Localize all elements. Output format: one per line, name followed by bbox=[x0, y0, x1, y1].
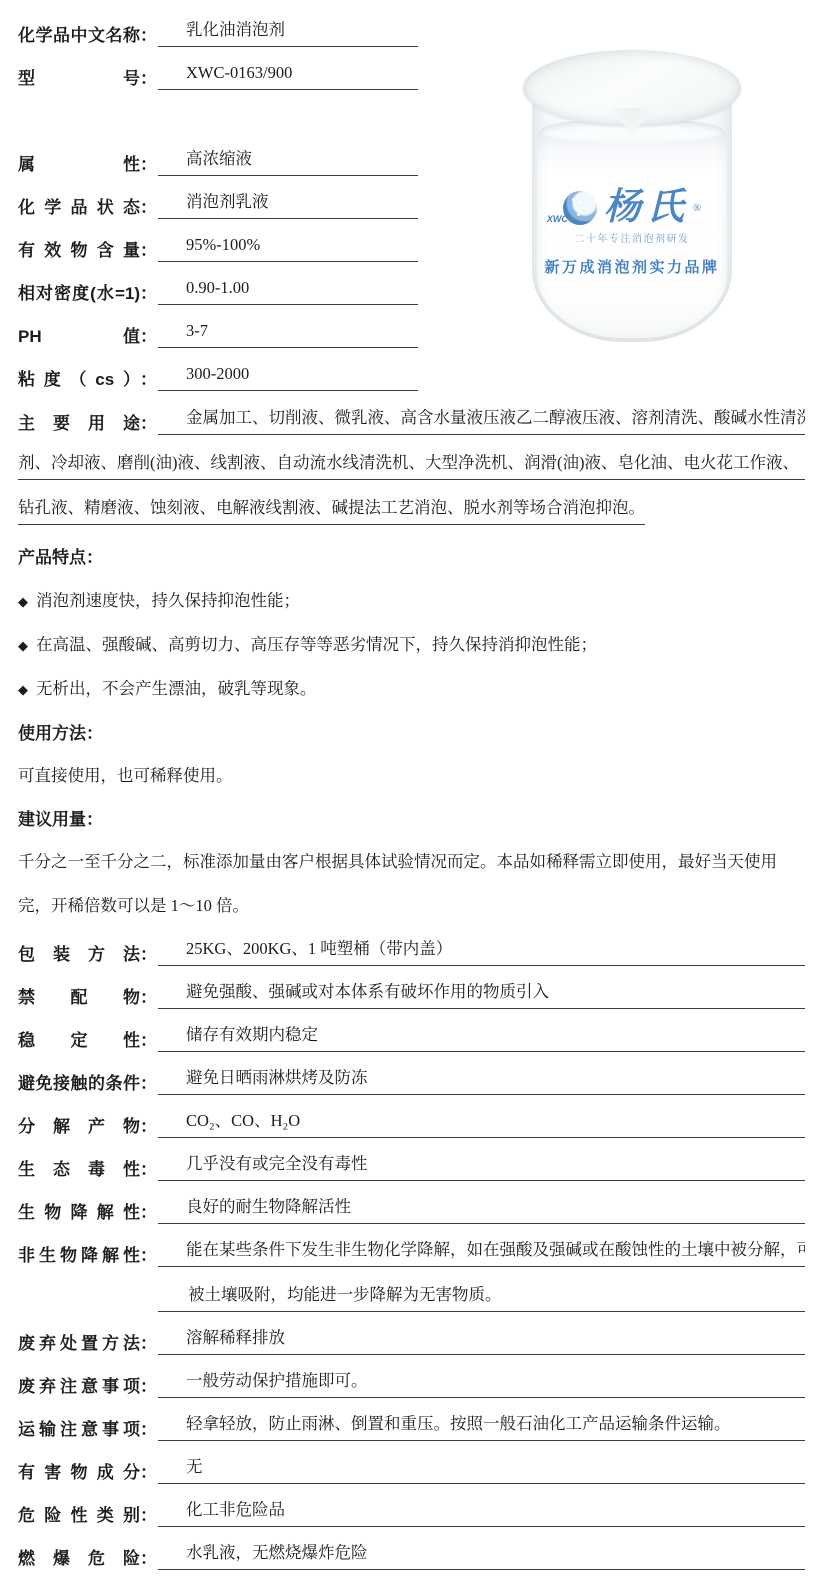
main-use-line-2: 剂、冷却液、磨削(油)液、线割液、自动流水线清洗机、大型净洗机、润滑(油)液、皂… bbox=[18, 452, 805, 480]
field-row: 分解产物 ： CO₂、CO、H₂O bbox=[18, 1110, 805, 1138]
field-colon: ： bbox=[140, 197, 158, 219]
section-heading-features: 产品特点： bbox=[18, 547, 805, 569]
brand-block: XWC 杨氏 ® 二十年专注消泡剂研发 新万成消泡剂实力品牌 bbox=[532, 188, 732, 277]
field-row: 废弃注意事项 ： 一般劳动保护措施即可。 bbox=[18, 1370, 805, 1398]
field-value: 几乎没有或完全没有毒性 bbox=[158, 1153, 805, 1181]
diamond-bullet-icon: ◆ bbox=[18, 635, 28, 657]
usage-text: 可直接使用，也可稀释使用。 bbox=[18, 765, 805, 787]
field-label: 粘度（cs） bbox=[18, 369, 140, 391]
field-label: 生态毒性 bbox=[18, 1159, 140, 1181]
field-colon: ： bbox=[140, 944, 158, 966]
field-label: 相对密度(水=1) bbox=[18, 283, 140, 305]
non-bio-line-2: 被土壤吸附，均能进一步降解为无害物质。 bbox=[158, 1284, 805, 1312]
field-colon: ： bbox=[140, 283, 158, 305]
field-label: 化学品状态 bbox=[18, 197, 140, 219]
field-colon: ： bbox=[140, 1419, 158, 1441]
field-value: 一般劳动保护措施即可。 bbox=[158, 1370, 805, 1398]
section-heading-usage: 使用方法： bbox=[18, 723, 805, 745]
dosage-text: 千分之一至千分之二，标准添加量由客户根据具体试验情况而定。本品如稀释需立即使用，… bbox=[18, 840, 805, 928]
field-colon: ： bbox=[140, 1333, 158, 1355]
field-value: 溶解稀释排放 bbox=[158, 1327, 805, 1355]
field-colon: ： bbox=[140, 240, 158, 262]
field-value: 化工非危险品 bbox=[158, 1499, 805, 1527]
field-value: CO₂、CO、H₂O bbox=[158, 1110, 805, 1138]
field-value: 避免强酸、强碱或对本体系有破坏作用的物质引入 bbox=[158, 981, 805, 1009]
registered-trademark-icon: ® bbox=[693, 199, 701, 217]
field-value: 储存有效期内稳定 bbox=[158, 1024, 805, 1052]
field-label: 生物降解性 bbox=[18, 1202, 140, 1224]
field-row: 废弃处置方法 ： 溶解稀释排放 bbox=[18, 1327, 805, 1355]
field-value: XWC-0163/900 bbox=[158, 62, 418, 90]
field-row: 有害物成分 ： 无 bbox=[18, 1456, 805, 1484]
field-colon: ： bbox=[140, 1505, 158, 1527]
xwc-logo-text: XWC bbox=[547, 214, 568, 224]
field-row: 粘度（cs） ： 300-2000 bbox=[18, 363, 805, 391]
feature-item: ◆ 无析出，不会产生漂油，破乳等现象。 bbox=[18, 678, 805, 701]
moon-logo-icon: XWC bbox=[563, 191, 597, 225]
field-colon: ： bbox=[140, 1073, 158, 1095]
brand-tagline: 二十年专注消泡剂研发 bbox=[532, 230, 732, 245]
field-value: 消泡剂乳液 bbox=[158, 191, 418, 219]
non-bio-line-1: 能在某些条件下发生非生物化学降解，如在强酸及强碱或在酸蚀性的土壤中被分解，可 bbox=[158, 1239, 805, 1267]
field-label: 避免接触的条件 bbox=[18, 1073, 140, 1095]
field-value: 乳化油消泡剂 bbox=[158, 19, 418, 47]
diamond-bullet-icon: ◆ bbox=[18, 679, 28, 701]
field-colon: ： bbox=[140, 1245, 158, 1267]
field-label: 化学品中文名称 bbox=[18, 25, 140, 47]
main-use-line-3: 钻孔液、精磨液、蚀刻液、电解液线割液、碱提法工艺消泡、脱水剂等场合消泡抑泡。 bbox=[18, 497, 645, 525]
field-label: 危险性类别 bbox=[18, 1505, 140, 1527]
field-row-non-bio: 非生物降解性 ： 能在某些条件下发生非生物化学降解，如在强酸及强碱或在酸蚀性的土… bbox=[18, 1239, 805, 1267]
field-row: 稳定性 ： 储存有效期内稳定 bbox=[18, 1024, 805, 1052]
field-colon: ： bbox=[140, 1376, 158, 1398]
section-heading-dosage: 建议用量： bbox=[18, 809, 805, 831]
product-datasheet: 化学品中文名称 ： 乳化油消泡剂 型号 ： XWC-0163/900 属性 ： … bbox=[0, 0, 830, 1588]
field-colon: ： bbox=[140, 1462, 158, 1484]
field-row: 包装方法 ： 25KG、200KG、1 吨塑桶（带内盖） bbox=[18, 938, 805, 966]
field-value: 避免日晒雨淋烘烤及防冻 bbox=[158, 1067, 805, 1095]
field-label: 有效物含量 bbox=[18, 240, 140, 262]
field-label: 属性 bbox=[18, 154, 140, 176]
feature-text: 在高温、强酸碱、高剪切力、高压存等等恶劣情况下，持久保持消抑泡性能； bbox=[36, 634, 597, 656]
field-row-main-use: 主要用途 ： 金属加工、切削液、微乳液、高含水量液压液乙二醇液压液、溶剂清洗、酸… bbox=[18, 407, 805, 435]
field-label: 包装方法 bbox=[18, 944, 140, 966]
field-colon: ： bbox=[140, 369, 158, 391]
field-label: 型号 bbox=[18, 68, 140, 90]
field-label: 废弃注意事项 bbox=[18, 1376, 140, 1398]
field-row: 运输注意事项 ： 轻拿轻放，防止雨淋、倒置和重压。按照一般石油化工产品运输条件运… bbox=[18, 1413, 805, 1441]
feature-text: 消泡剂速度快，持久保持抑泡性能； bbox=[36, 590, 300, 612]
field-colon: ： bbox=[140, 154, 158, 176]
field-value: 25KG、200KG、1 吨塑桶（带内盖） bbox=[158, 938, 805, 966]
brand-slogan: 新万成消泡剂实力品牌 bbox=[532, 256, 732, 277]
field-colon: ： bbox=[140, 25, 158, 47]
brand-row: XWC 杨氏 ® bbox=[532, 188, 732, 228]
field-value: 95%-100% bbox=[158, 234, 418, 262]
field-row: 生物降解性 ： 良好的耐生物降解活性 bbox=[18, 1196, 805, 1224]
field-label: 运输注意事项 bbox=[18, 1419, 140, 1441]
field-colon: ： bbox=[140, 1548, 158, 1570]
product-photo: XWC 杨氏 ® 二十年专注消泡剂研发 新万成消泡剂实力品牌 bbox=[532, 50, 732, 342]
field-colon: ： bbox=[140, 987, 158, 1009]
field-row: 危险性类别 ： 化工非危险品 bbox=[18, 1499, 805, 1527]
field-colon: ： bbox=[140, 1116, 158, 1138]
field-colon: ： bbox=[140, 326, 158, 348]
field-row: 禁配物 ： 避免强酸、强碱或对本体系有破坏作用的物质引入 bbox=[18, 981, 805, 1009]
field-label: 燃爆危险 bbox=[18, 1548, 140, 1570]
field-row: 避免接触的条件 ： 避免日晒雨淋烘烤及防冻 bbox=[18, 1067, 805, 1095]
field-value: 高浓缩液 bbox=[158, 148, 418, 176]
field-value: 良好的耐生物降解活性 bbox=[158, 1196, 805, 1224]
main-use-line-3-wrap: 钻孔液、精磨液、蚀刻液、电解液线割液、碱提法工艺消泡、脱水剂等场合消泡抑泡。 bbox=[18, 497, 805, 525]
main-use-line-1: 金属加工、切削液、微乳液、高含水量液压液乙二醇液压液、溶剂清洗、酸碱水性清洗 bbox=[158, 407, 805, 435]
field-label: PH 值 bbox=[18, 326, 140, 348]
field-label: 禁配物 bbox=[18, 987, 140, 1009]
field-value: 3-7 bbox=[158, 320, 418, 348]
field-value: 无 bbox=[158, 1456, 805, 1484]
field-colon: ： bbox=[140, 68, 158, 90]
field-value: 300-2000 bbox=[158, 363, 418, 391]
brand-name: 杨氏 bbox=[604, 188, 690, 228]
field-label: 废弃处置方法 bbox=[18, 1333, 140, 1355]
field-value: 水乳液，无燃烧爆炸危险 bbox=[158, 1542, 805, 1570]
field-value: 轻拿轻放，防止雨淋、倒置和重压。按照一般石油化工产品运输条件运输。 bbox=[158, 1413, 805, 1441]
field-label: 主要用途 bbox=[18, 413, 140, 435]
field-label: 分解产物 bbox=[18, 1116, 140, 1138]
field-row: 燃爆危险 ： 水乳液，无燃烧爆炸危险 bbox=[18, 1542, 805, 1570]
feature-item: ◆ 消泡剂速度快，持久保持抑泡性能； bbox=[18, 590, 805, 613]
field-label: 非生物降解性 bbox=[18, 1245, 140, 1267]
feature-text: 无析出，不会产生漂油，破乳等现象。 bbox=[36, 678, 317, 700]
field-colon: ： bbox=[140, 413, 158, 435]
field-colon: ： bbox=[140, 1030, 158, 1052]
diamond-bullet-icon: ◆ bbox=[18, 591, 28, 613]
field-label: 稳定性 bbox=[18, 1030, 140, 1052]
field-value: 0.90-1.00 bbox=[158, 277, 418, 305]
field-colon: ： bbox=[140, 1202, 158, 1224]
field-row: 生态毒性 ： 几乎没有或完全没有毒性 bbox=[18, 1153, 805, 1181]
field-row: 化学品中文名称 ： 乳化油消泡剂 bbox=[18, 19, 805, 47]
field-label: 有害物成分 bbox=[18, 1462, 140, 1484]
feature-item: ◆ 在高温、强酸碱、高剪切力、高压存等等恶劣情况下，持久保持消抑泡性能； bbox=[18, 634, 805, 657]
field-colon: ： bbox=[140, 1159, 158, 1181]
